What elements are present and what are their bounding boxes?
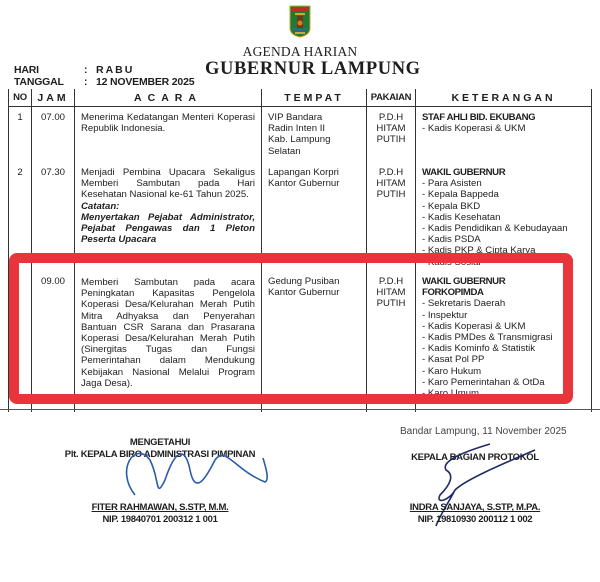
attire-line: PUTIH: [367, 189, 415, 200]
cell-time: 09.00: [32, 271, 75, 412]
notes-item: - Kadis Sosial: [422, 257, 585, 267]
acknowledger-nip: NIP. 19840701 200312 1 001: [0, 514, 320, 526]
place-date: Bandar Lampung, 11 November 2025: [400, 426, 567, 437]
note-label: Catatan:: [81, 201, 255, 212]
notes-item: - Kadis PKP & Cipta Karya: [422, 245, 585, 256]
date-label: TANGGAL: [14, 76, 84, 88]
table-row: 1 07.00 Menerima Kedatangan Menteri Kope…: [9, 107, 592, 163]
notes-item: - Kasat Pol PP: [422, 354, 585, 365]
cell-event: Menerima Kedatangan Menteri Koperasi Rep…: [75, 107, 262, 163]
notes-item: - Kadis Kesehatan: [422, 212, 585, 223]
venue-line: Lapangan Korpri: [268, 167, 360, 178]
table-header-row: NO JAM ACARA TEMPAT PAKAIAN KETERANGAN: [9, 89, 592, 107]
cell-event: Menjadi Pembina Upacara Sekaligus Member…: [75, 162, 262, 271]
notes-item: - Sekretaris Daerah: [422, 298, 585, 309]
notes-item: - Kepala Bappeda: [422, 189, 585, 200]
signer-title: KEPALA BAGIAN PROTOKOL: [400, 452, 550, 463]
day-label: HARI: [14, 64, 84, 76]
cell-event: Memberi Sambutan pada acara Peningkatan …: [75, 271, 262, 412]
notes-item: - Karo Hukum: [422, 366, 585, 377]
notes-heading: WAKIL GUBERNUR: [422, 167, 585, 178]
cell-notes: WAKIL GUBERNURFORKOPIMDA- Sekretaris Dae…: [416, 271, 592, 412]
venue-line: Radin Inten II: [268, 123, 360, 134]
notes-item: - Kadis PMDes & Transmigrasi: [422, 332, 585, 343]
cell-venue: VIP BandaraRadin Inten IIKab. Lampung Se…: [262, 107, 367, 163]
notes-item: - Karo Umum: [422, 388, 585, 399]
venue-line: VIP Bandara: [268, 112, 360, 123]
note-text: Menyertakan Pejabat Administrator, Pejab…: [81, 212, 255, 246]
lampung-emblem-icon: [289, 4, 311, 38]
notes-item: - Kadis Koperasi & UKM: [422, 321, 585, 332]
attire-line: P.D.H: [367, 276, 415, 287]
col-header-keterangan: KETERANGAN: [416, 89, 592, 107]
notes-item: - Kadis Kominfo & Statistik: [422, 343, 585, 354]
attire-line: HITAM: [367, 178, 415, 189]
separator: :: [84, 76, 96, 88]
separator: :: [84, 64, 96, 76]
col-header-no: NO: [9, 89, 32, 107]
agenda-title: AGENDA HARIAN: [0, 44, 600, 60]
cell-no: [9, 271, 32, 412]
venue-line: Gedung Pusiban: [268, 276, 360, 287]
notes-item: - Kadis PSDA: [422, 234, 585, 245]
cell-no: 1: [9, 107, 32, 163]
date-value: 12 NOVEMBER 2025: [96, 76, 194, 88]
venue-line: Kantor Gubernur: [268, 287, 360, 298]
notes-item: - Kadis Pendidikan & Kebudayaan: [422, 223, 585, 234]
signer-nip: NIP. 19810930 200112 1 002: [395, 514, 555, 526]
attire-line: P.D.H: [367, 112, 415, 123]
event-description: Memberi Sambutan pada acara Peningkatan …: [81, 277, 255, 389]
notes-heading: WAKIL GUBERNUR: [422, 276, 585, 287]
acknowledger-name: FITER RAHMAWAN, S.STP, M.M.: [0, 502, 320, 514]
notes-heading: FORKOPIMDA: [422, 287, 585, 298]
col-header-pakaian: PAKAIAN: [367, 89, 416, 107]
signer-name: INDRA SANJAYA, S.STP, M.PA.: [395, 502, 555, 514]
notes-item: - Inspektur: [422, 310, 585, 321]
cell-no: 2: [9, 162, 32, 271]
cell-attire: P.D.HHITAMPUTIH: [367, 271, 416, 412]
event-description: Menjadi Pembina Upacara Sekaligus Member…: [81, 167, 255, 201]
venue-line: Kab. Lampung Selatan: [268, 134, 360, 156]
cell-time: 07.30: [32, 162, 75, 271]
notes-item: - Para Asisten: [422, 178, 585, 189]
event-description: Menerima Kedatangan Menteri Koperasi Rep…: [81, 112, 255, 134]
notes-item: - Karo Pemerintahan & OtDa: [422, 377, 585, 388]
acknowledged-label: MENGETAHUI: [0, 437, 320, 449]
cell-venue: Lapangan KorpriKantor Gubernur: [262, 162, 367, 271]
governor-title: GUBERNUR LAMPUNG: [205, 59, 421, 80]
col-header-acara: ACARA: [75, 89, 262, 107]
table-row: 09.00 Memberi Sambutan pada acara Pening…: [9, 271, 592, 412]
date-row: TANGGAL:12 NOVEMBER 2025: [14, 76, 194, 88]
day-row: HARI:RABU: [14, 64, 134, 76]
acknowledgement-block: MENGETAHUI Plt. KEPALA BIRO ADMINISTRASI…: [0, 437, 320, 461]
col-header-tempat: TEMPAT: [262, 89, 367, 107]
table-row: 2 07.30 Menjadi Pembina Upacara Sekaligu…: [9, 162, 592, 271]
table-bottom-border: [0, 409, 600, 410]
attire-line: HITAM: [367, 123, 415, 134]
cell-notes: STAF AHLI BID. EKUBANG- Kadis Koperasi &…: [416, 107, 592, 163]
day-value: RABU: [96, 64, 134, 76]
attire-line: PUTIH: [367, 134, 415, 145]
cell-venue: Gedung PusibanKantor Gubernur: [262, 271, 367, 412]
cell-attire: P.D.HHITAMPUTIH: [367, 107, 416, 163]
agenda-table: NO JAM ACARA TEMPAT PAKAIAN KETERANGAN 1…: [8, 89, 592, 412]
attire-line: P.D.H: [367, 167, 415, 178]
signer-signature-block: INDRA SANJAYA, S.STP, M.PA. NIP. 1981093…: [395, 502, 555, 526]
notes-item: - Kepala BKD: [422, 201, 585, 212]
cell-time: 07.00: [32, 107, 75, 163]
col-header-jam: JAM: [32, 89, 75, 107]
attire-line: PUTIH: [367, 298, 415, 309]
venue-line: Kantor Gubernur: [268, 178, 360, 189]
acknowledger-signature-block: FITER RAHMAWAN, S.STP, M.M. NIP. 1984070…: [0, 502, 320, 526]
notes-heading: STAF AHLI BID. EKUBANG: [422, 112, 585, 123]
cell-notes: WAKIL GUBERNUR- Para Asisten- Kepala Bap…: [416, 162, 592, 271]
attire-line: HITAM: [367, 287, 415, 298]
acknowledger-title: Plt. KEPALA BIRO ADMINISTRASI PIMPINAN: [0, 449, 320, 461]
cell-attire: P.D.HHITAMPUTIH: [367, 162, 416, 271]
notes-item: - Kadis Koperasi & UKM: [422, 123, 585, 134]
